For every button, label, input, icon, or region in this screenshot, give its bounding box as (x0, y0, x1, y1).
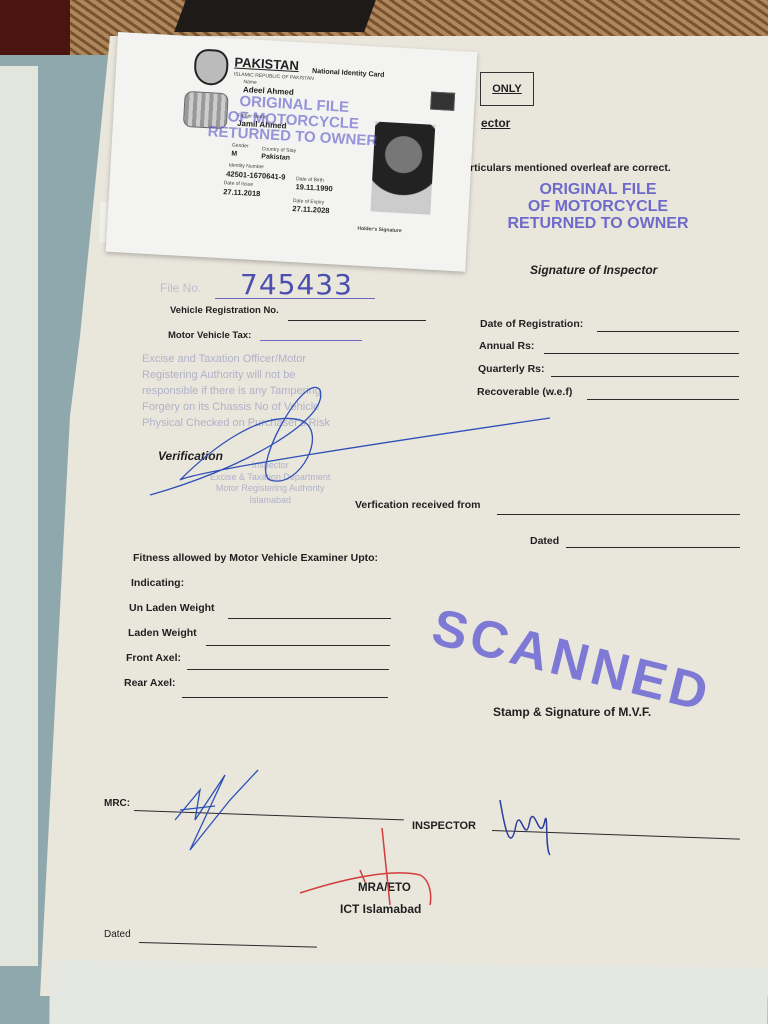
id-number: 42501-1670641-9 (226, 169, 286, 181)
rear-axel-line[interactable] (182, 697, 388, 698)
rear-axel-label: Rear Axel: (124, 677, 176, 689)
unladen-weight-label: Un Laden Weight (129, 602, 215, 614)
signature-of-inspector-label: Signature of Inspector (530, 263, 657, 277)
quarterly-rs-label: Quarterly Rs: (478, 363, 545, 375)
verification-received-from-label: Verfication received from (355, 499, 480, 511)
laden-weight-label: Laden Weight (128, 627, 197, 639)
office-use-only-box: ONLY (480, 72, 534, 106)
particulars-statement: rticulars mentioned overleaf are correct… (470, 162, 671, 174)
motor-vehicle-tax-label: Motor Vehicle Tax: (168, 330, 251, 341)
carpet-dark-area (0, 0, 70, 60)
vehicle-registration-line[interactable] (288, 320, 426, 321)
verification-received-from-line[interactable] (497, 514, 740, 515)
faded-notice-stamp: Excise and Taxation Officer/Motor Regist… (142, 352, 330, 432)
id-issue-date: 27.11.2018 (223, 187, 261, 198)
bottom-sheet (49, 960, 768, 1024)
id-dob: 19.11.1990 (295, 182, 333, 193)
laden-weight-line[interactable] (206, 645, 390, 646)
dated-line[interactable] (566, 547, 740, 548)
front-axel-line[interactable] (187, 669, 389, 670)
id-holder-signature-label: Holder's Signature (357, 226, 402, 234)
id-card-type: National Identity Card (312, 68, 385, 79)
id-original-file-stamp: ORIGINAL FILE OF MOTORCYCLE RETURNED TO … (172, 90, 414, 151)
file-no-value: 745433 (240, 268, 353, 301)
original-file-stamp: ORIGINAL FILE OF MOTORCYCLE RETURNED TO … (488, 182, 708, 232)
quarterly-rs-line[interactable] (551, 376, 739, 377)
motor-vehicle-tax-line[interactable] (260, 340, 362, 341)
file-no-label: File No. (160, 280, 201, 297)
date-of-registration-line[interactable] (597, 331, 739, 332)
date-of-registration-label: Date of Registration: (480, 318, 583, 330)
vehicle-registration-label: Vehicle Registration No. (170, 305, 279, 316)
unladen-weight-line[interactable] (228, 618, 391, 619)
inspector-label: INSPECTOR (412, 820, 476, 832)
id-country: PAKISTAN (234, 55, 299, 74)
header-partial-inspector: ector (481, 116, 510, 130)
mrc-label: MRC: (104, 798, 130, 809)
annual-rs-label: Annual Rs: (479, 340, 534, 352)
indicating-label: Indicating: (131, 577, 184, 589)
pakistan-emblem-icon (193, 48, 229, 86)
dated-label: Dated (530, 535, 559, 547)
front-axel-label: Front Axel: (126, 652, 181, 664)
id-expiry-date: 27.11.2028 (292, 204, 330, 215)
id-gender-label: Gender (232, 143, 249, 150)
fitness-heading: Fitness allowed by Motor Vehicle Examine… (133, 552, 378, 564)
stamp-signature-mvf-label: Stamp & Signature of M.V.F. (493, 705, 651, 719)
pakistan-flag-icon (430, 92, 455, 111)
id-gender: M (231, 151, 237, 158)
bottom-dated-label: Dated (104, 929, 131, 940)
annual-rs-line[interactable] (544, 353, 739, 354)
mra-eto-label: MRA/ETO (358, 882, 411, 894)
national-identity-card-copy: PAKISTAN ISLAMIC REPUBLIC OF PAKISTAN Na… (106, 32, 478, 272)
carpet-dark-area (174, 0, 376, 32)
recoverable-label: Recoverable (w.e.f) (477, 386, 572, 398)
id-country-of-stay: Pakistan (261, 153, 290, 162)
ict-islamabad-label: ICT Islamabad (340, 902, 421, 916)
faded-inspector-stamp: Inspector Excise & Taxation Department M… (210, 460, 330, 507)
left-sheet (0, 66, 38, 966)
recoverable-line[interactable] (587, 399, 739, 400)
